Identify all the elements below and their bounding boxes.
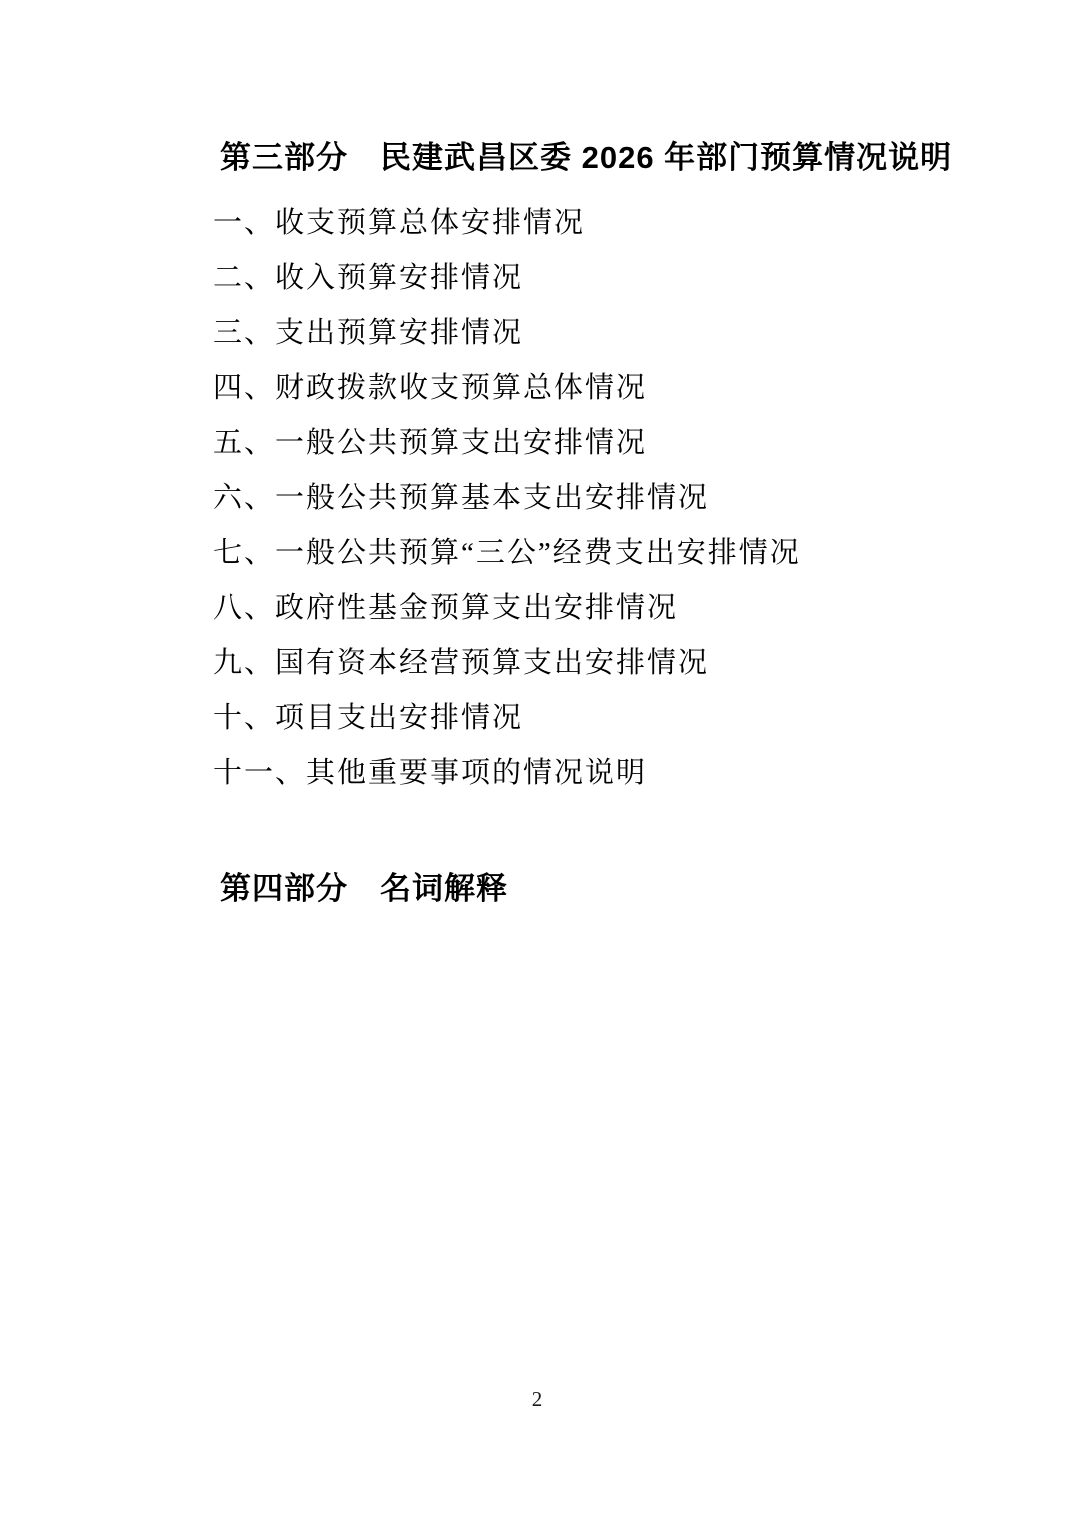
toc-item: 九、国有资本经营预算支出安排情况 <box>213 636 801 691</box>
toc-item: 七、一般公共预算“三公”经费支出安排情况 <box>213 526 801 581</box>
toc-item: 一、收支预算总体安排情况 <box>213 196 801 251</box>
toc-item: 四、财政拨款收支预算总体情况 <box>213 361 801 416</box>
toc-item: 十、项目支出安排情况 <box>213 691 801 746</box>
section-4-heading: 第四部分 名词解释 <box>220 872 508 906</box>
section-3-heading: 第三部分 民建武昌区委 2026 年部门预算情况说明 <box>220 141 952 175</box>
toc-item: 六、一般公共预算基本支出安排情况 <box>213 471 801 526</box>
page-number: 2 <box>0 1386 1074 1412</box>
toc-item: 八、政府性基金预算支出安排情况 <box>213 581 801 636</box>
toc-item: 五、一般公共预算支出安排情况 <box>213 416 801 471</box>
toc-item: 三、支出预算安排情况 <box>213 306 801 361</box>
table-of-contents: 一、收支预算总体安排情况 二、收入预算安排情况 三、支出预算安排情况 四、财政拨… <box>213 196 801 801</box>
document-page: 第三部分 民建武昌区委 2026 年部门预算情况说明 一、收支预算总体安排情况 … <box>0 0 1074 1520</box>
toc-item: 二、收入预算安排情况 <box>213 251 801 306</box>
toc-item: 十一、其他重要事项的情况说明 <box>213 746 801 801</box>
